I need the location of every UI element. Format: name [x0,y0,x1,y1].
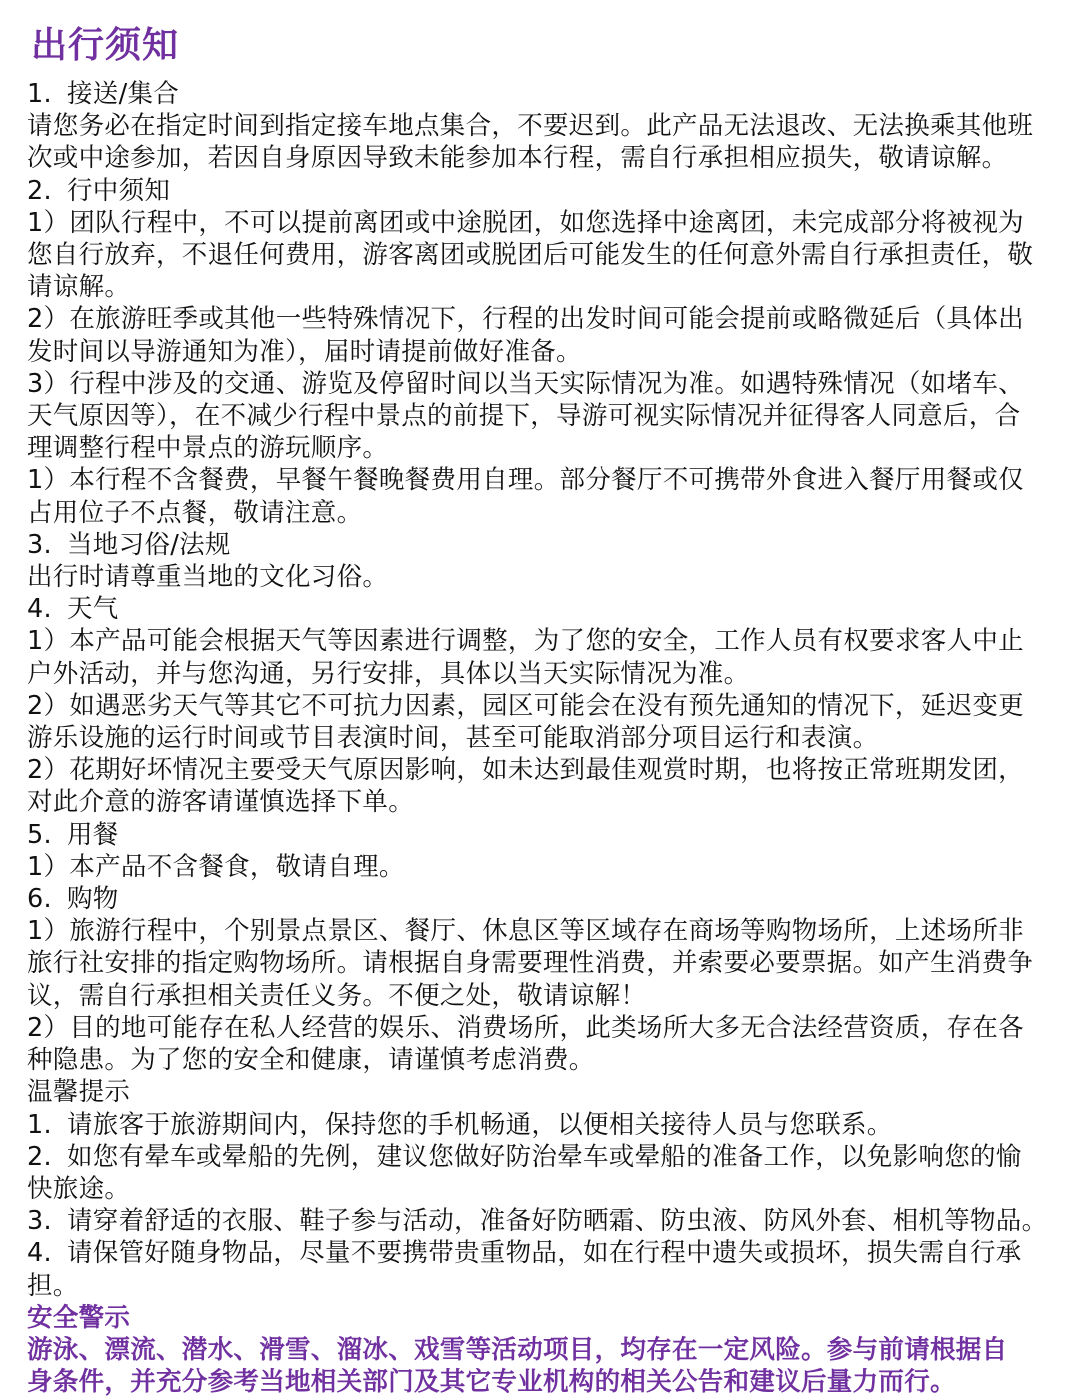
section-heading: 2.行中须知 [27,175,1072,207]
section-heading: 1.接送/集合 [27,78,1072,110]
paragraph-line: 1）团队行程中，不可以提前离团或中途脱团，如您选择中途离团，未完成部分将被视为 [27,207,1072,239]
paragraph-line: 理调整行程中景点的游玩顺序。 [27,432,1072,464]
paragraph-line: 游乐设施的运行时间或节目表演时间，甚至可能取消部分项目运行和表演。 [27,722,1072,754]
paragraph-line: 2）目的地可能存在私人经营的娱乐、消费场所，此类场所大多无合法经营资质，存在各 [27,1012,1072,1044]
paragraph-line: 种隐患。为了您的安全和健康，请谨慎考虑消费。 [27,1044,1072,1076]
section-meals: 5.用餐 1）本产品不含餐食，敬请自理。 [27,819,1072,883]
safety-heading: 安全警示 [27,1302,1072,1334]
safety-line: 游泳、漂流、潜水、滑雪、溜冰、戏雪等活动项目，均存在一定风险。参与前请根据自 [27,1334,1072,1366]
section-safety-warning: 安全警示 游泳、漂流、潜水、滑雪、溜冰、戏雪等活动项目，均存在一定风险。参与前请… [27,1302,1072,1399]
paragraph-line: 议，需自行承担相关责任义务。不便之处，敬请谅解！ [27,980,1072,1012]
page-title: 出行须知 [31,22,1072,70]
tip-item: 3.请穿着舒适的衣服、鞋子参与活动，准备好防晒霜、防虫液、防风外套、相机等物品。 [27,1205,1072,1237]
paragraph-line: 对此介意的游客请谨慎选择下单。 [27,786,1072,818]
tip-item-continued: 快旅途。 [27,1173,1072,1205]
paragraph-line: 3）行程中涉及的交通、游览及停留时间以当天实际情况为准。如遇特殊情况（如堵车、 [27,368,1072,400]
section-tips: 温馨提示 1.请旅客于旅游期间内，保持您的手机畅通，以便相关接待人员与您联系。 … [27,1076,1072,1301]
tips-heading: 温馨提示 [27,1076,1072,1108]
section-heading: 6.购物 [27,883,1072,915]
paragraph-line: 旅行社安排的指定购物场所。请根据自身需要理性消费，并索要必要票据。如产生消费争 [27,947,1072,979]
tip-item: 2.如您有晕车或晕船的先例，建议您做好防治晕车或晕船的准备工作，以免影响您的愉 [27,1141,1072,1173]
tip-item-continued: 担。 [27,1270,1072,1302]
section-during-trip: 2.行中须知 1）团队行程中，不可以提前离团或中途脱团，如您选择中途离团，未完成… [27,175,1072,529]
paragraph-line: 1）本产品不含餐食，敬请自理。 [27,851,1072,883]
tip-item: 4.请保管好随身物品，尽量不要携带贵重物品，如在行程中遗失或损坏，损失需自行承 [27,1237,1072,1269]
paragraph-line: 占用位子不点餐，敬请注意。 [27,497,1072,529]
paragraph-line: 请您务必在指定时间到指定接车地点集合，不要迟到。此产品无法退改、无法换乘其他班 [27,110,1072,142]
paragraph-line: 次或中途参加，若因自身原因导致未能参加本行程，需自行承担相应损失，敬请谅解。 [27,142,1072,174]
tip-item: 1.请旅客于旅游期间内，保持您的手机畅通，以便相关接待人员与您联系。 [27,1109,1072,1141]
travel-notice-document: 出行须知 1.接送/集合 请您务必在指定时间到指定接车地点集合，不要迟到。此产品… [27,22,1072,1398]
paragraph-line: 2）在旅游旺季或其他一些特殊情况下，行程的出发时间可能会提前或略微延后（具体出 [27,303,1072,335]
paragraph-line: 您自行放弃，不退任何费用，游客离团或脱团后可能发生的任何意外需自行承担责任，敬 [27,239,1072,271]
paragraph-line: 户外活动，并与您沟通，另行安排，具体以当天实际情况为准。 [27,658,1072,690]
section-heading: 4.天气 [27,593,1072,625]
paragraph-line: 天气原因等），在不减少行程中景点的前提下，导游可视实际情况并征得客人同意后，合 [27,400,1072,432]
safety-line: 身条件，并充分参考当地相关部门及其它专业机构的相关公告和建议后量力而行。 [27,1366,1072,1398]
paragraph-line: 2）如遇恶劣天气等其它不可抗力因素，园区可能会在没有预先通知的情况下，延迟变更 [27,690,1072,722]
paragraph-line: 2）花期好坏情况主要受天气原因影响，如未达到最佳观赏时期，也将按正常班期发团， [27,754,1072,786]
paragraph-line: 1）本行程不含餐费，早餐午餐晚餐费用自理。部分餐厅不可携带外食进入餐厅用餐或仅 [27,464,1072,496]
section-heading: 3.当地习俗/法规 [27,529,1072,561]
paragraph-line: 请谅解。 [27,271,1072,303]
paragraph-line: 出行时请尊重当地的文化习俗。 [27,561,1072,593]
paragraph-line: 1）本产品可能会根据天气等因素进行调整，为了您的安全，工作人员有权要求客人中止 [27,625,1072,657]
section-pickup: 1.接送/集合 请您务必在指定时间到指定接车地点集合，不要迟到。此产品无法退改、… [27,78,1072,175]
section-weather: 4.天气 1）本产品可能会根据天气等因素进行调整，为了您的安全，工作人员有权要求… [27,593,1072,818]
section-heading: 5.用餐 [27,819,1072,851]
paragraph-line: 发时间以导游通知为准），届时请提前做好准备。 [27,336,1072,368]
paragraph-line: 1）旅游行程中，个别景点景区、餐厅、休息区等区域存在商场等购物场所，上述场所非 [27,915,1072,947]
section-local-customs: 3.当地习俗/法规 出行时请尊重当地的文化习俗。 [27,529,1072,593]
section-shopping: 6.购物 1）旅游行程中，个别景点景区、餐厅、休息区等区域存在商场等购物场所，上… [27,883,1072,1076]
